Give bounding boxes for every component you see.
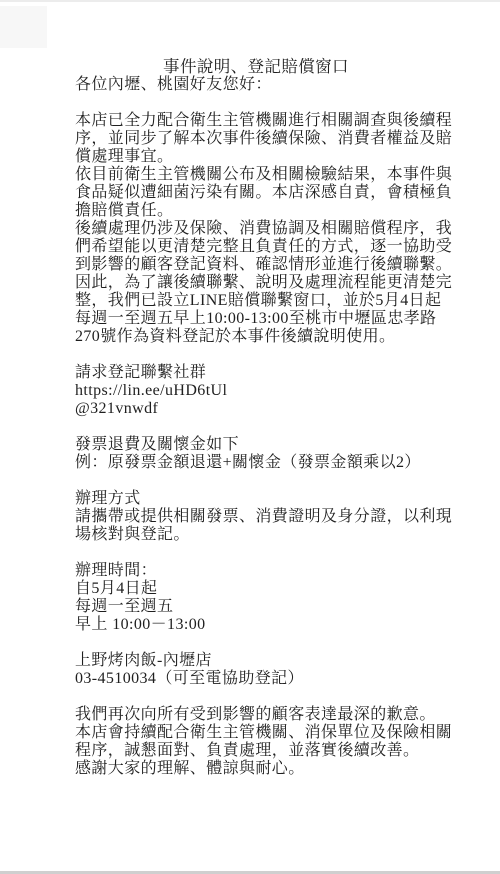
refund-example: 例：原發票金額退還+關懷金（發票金額乘以2） — [75, 454, 437, 472]
store-name: 上野烤肉飯-內壢店 — [75, 652, 437, 670]
body-line: 到影響的顧客登記資料、確認情形並進行後續聯繫。 — [75, 256, 437, 274]
document-title: 事件說明、登記賠償窗口 — [75, 58, 437, 76]
method-line: 場核對與登記。 — [75, 526, 437, 544]
schedule-heading: 辦理時間： — [75, 562, 437, 580]
blank-line — [75, 634, 437, 652]
blank-line — [75, 418, 437, 436]
body-line: 每週一至週五早上10:00-13:00至桃市中壢區忠孝路 — [75, 310, 437, 328]
blank-line — [75, 94, 437, 112]
store-phone: 03-4510034（可至電協助登記） — [75, 670, 437, 688]
closing-line: 感謝大家的理解、體諒與耐心。 — [75, 760, 437, 778]
line-group-id: @321vnwdf — [75, 400, 437, 418]
greeting-line: 各位內壢、桃園好友您好： — [75, 76, 437, 94]
body-line: 本店已全力配合衛生主管機關進行相關調查與後續程 — [75, 112, 437, 130]
blank-line — [75, 472, 437, 490]
closing-line: 我們再次向所有受到影響的顧客表達最深的歉意。 — [75, 706, 437, 724]
body-line: 食品疑似遭細菌污染有關。本店深感自責，會積極負 — [75, 184, 437, 202]
body-line: 整，我們已設立LINE賠償聯繫窗口，並於5月4日起 — [75, 292, 437, 310]
method-line: 請攜帶或提供相關發票、消費證明及身分證，以利現 — [75, 508, 437, 526]
closing-line: 程序，誠懇面對、負責處理，並落實後續改善。 — [75, 742, 437, 760]
blank-line — [75, 688, 437, 706]
closing-line: 本店會持續配合衛生主管機關、消保單位及保險相關 — [75, 724, 437, 742]
body-line: 序，並同步了解本次事件後續保險、消費者權益及賠 — [75, 130, 437, 148]
blank-line — [75, 346, 437, 364]
body-line: 償處理事宜。 — [75, 148, 437, 166]
line-group-heading: 請求登記聯繫社群 — [75, 364, 437, 382]
photo-artifact-top-left — [0, 6, 47, 48]
body-line: 後續處理仍涉及保險、消費協調及相關賠償程序，我 — [75, 220, 437, 238]
method-heading: 辦理方式 — [75, 490, 437, 508]
schedule-line: 自5月4日起 — [75, 580, 437, 598]
body-line: 因此，為了讓後續聯繫、說明及處理流程能更清楚完 — [75, 274, 437, 292]
blank-line — [75, 544, 437, 562]
body-line: 依目前衛生主管機關公布及相關檢驗結果，本事件與 — [75, 166, 437, 184]
refund-heading: 發票退費及關懷金如下 — [75, 436, 437, 454]
schedule-line: 早上 10:00－13:00 — [75, 616, 437, 634]
notice-document: 事件說明、登記賠償窗口 各位內壢、桃園好友您好： 本店已全力配合衛生主管機關進行… — [0, 0, 500, 874]
body-line: 擔賠償責任。 — [75, 202, 437, 220]
body-line: 270號作為資料登記於本事件後續說明使用。 — [75, 328, 437, 346]
body-line: 們希望能以更清楚完整且負責任的方式，逐一協助受 — [75, 238, 437, 256]
notice-body: 事件說明、登記賠償窗口 各位內壢、桃園好友您好： 本店已全力配合衛生主管機關進行… — [75, 58, 437, 778]
line-group-url[interactable]: https://lin.ee/uHD6tUl — [75, 382, 437, 400]
schedule-line: 每週一至週五 — [75, 598, 437, 616]
